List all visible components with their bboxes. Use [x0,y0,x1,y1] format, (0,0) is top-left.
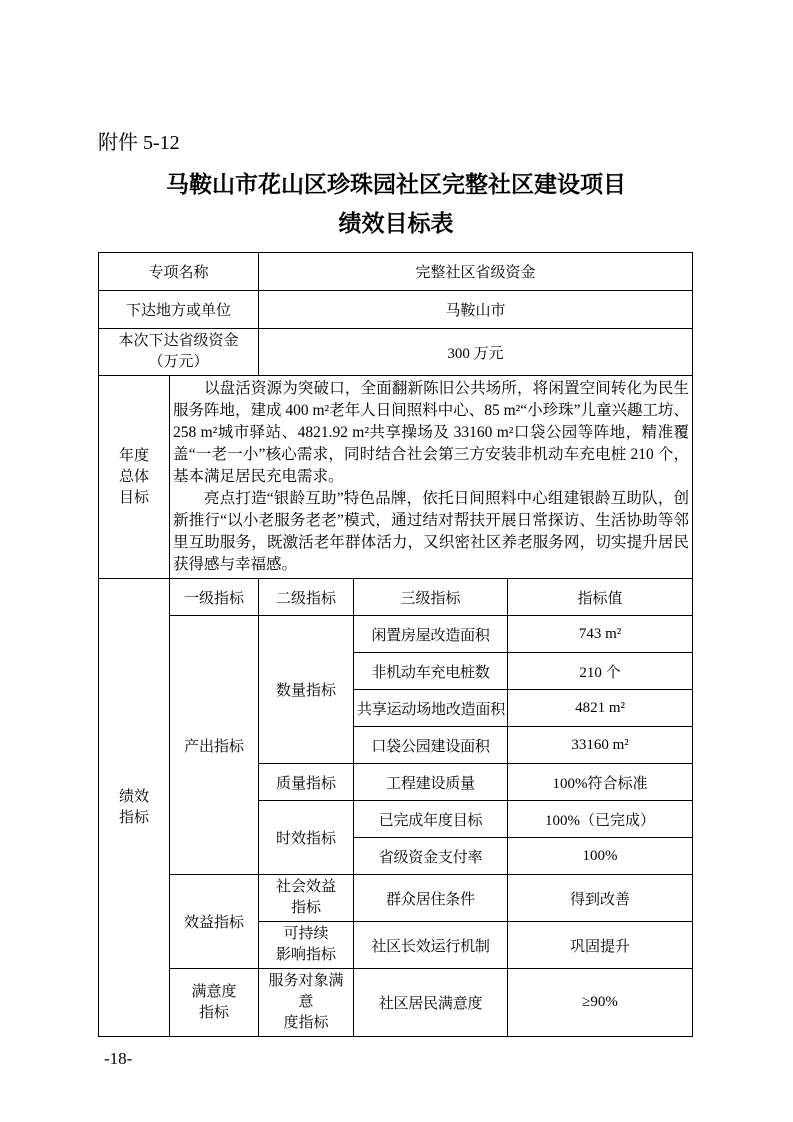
info-label-issued-to: 下达地方或单位 [99,291,259,329]
level1-benefit: 效益指标 [170,875,259,969]
level3-annual-goal-completed: 已完成年度目标 [354,801,508,838]
value-resident-satisfaction: ≥90% [508,969,693,1037]
level2-quantity: 数量指标 [259,616,354,764]
indicator-row: 满意度 指标 服务对象满意 度指标 社区居民满意度 ≥90% [99,969,693,1037]
level3-long-term-mechanism: 社区长效运行机制 [354,922,508,969]
level3-charging-piles: 非机动车充电桩数 [354,653,508,690]
info-value-issued-to: 马鞍山市 [259,291,693,329]
info-value-project-name: 完整社区省级资金 [259,253,693,291]
table-row: 下达地方或单位 马鞍山市 [99,291,693,329]
table-row: 专项名称 完整社区省级资金 [99,253,693,291]
value-idle-housing-area: 743 m² [508,616,693,653]
header-level1: 一级指标 [170,579,259,616]
annual-goal-row: 年度 总体 目标 以盘活资源为突破口，全面翻新陈旧公共场所，将闲置空间转化为民生… [99,376,693,579]
annual-goal-paragraph-2: 亮点打造“银龄互助”特色品牌，依托日间照料中心组建银龄互助队，创新推行“以小老服… [173,488,689,576]
table-row: 本次下达省级资金 （万元） 300 万元 [99,329,693,376]
level3-pocket-park-area: 口袋公园建设面积 [354,727,508,764]
performance-target-table: 专项名称 完整社区省级资金 下达地方或单位 马鞍山市 本次下达省级资金 （万元）… [98,252,693,1037]
value-long-term-mechanism: 巩固提升 [508,922,693,969]
indicator-row: 产出指标 数量指标 闲置房屋改造面积 743 m² [99,616,693,653]
value-fund-payment-rate: 100% [508,838,693,875]
document-page: 附件 5-12 马鞍山市花山区珍珠园社区完整社区建设项目 绩效目标表 专项名称 … [0,0,793,1122]
attachment-label: 附件 5-12 [98,130,694,156]
value-living-conditions: 得到改善 [508,875,693,922]
indicator-row: 效益指标 社会效益 指标 群众居住条件 得到改善 [99,875,693,922]
value-annual-goal-completed: 100%（已完成） [508,801,693,838]
level1-output: 产出指标 [170,616,259,875]
info-label-funds: 本次下达省级资金 （万元） [99,329,259,376]
indicator-header-row: 绩效 指标 一级指标 二级指标 三级指标 指标值 [99,579,693,616]
header-level3: 三级指标 [354,579,508,616]
level3-resident-satisfaction: 社区居民满意度 [354,969,508,1037]
value-pocket-park-area: 33160 m² [508,727,693,764]
level2-sustainable-impact: 可持续 影响指标 [259,922,354,969]
level2-quality: 质量指标 [259,764,354,801]
level2-social-benefit: 社会效益 指标 [259,875,354,922]
header-level2: 二级指标 [259,579,354,616]
value-sports-ground-area: 4821 m² [508,690,693,727]
annual-goal-content: 以盘活资源为突破口，全面翻新陈旧公共场所，将闲置空间转化为民生服务阵地，建成 4… [170,376,693,579]
value-construction-quality: 100%符合标准 [508,764,693,801]
annual-goal-label: 年度 总体 目标 [99,376,170,579]
level1-satisfaction: 满意度 指标 [170,969,259,1037]
header-value: 指标值 [508,579,693,616]
level2-timeliness: 时效指标 [259,801,354,875]
value-charging-piles: 210 个 [508,653,693,690]
level3-living-conditions: 群众居住条件 [354,875,508,922]
document-title-line2: 绩效目标表 [98,209,694,239]
level3-idle-housing-area: 闲置房屋改造面积 [354,616,508,653]
info-label-project-name: 专项名称 [99,253,259,291]
document-title-line1: 马鞍山市花山区珍珠园社区完整社区建设项目 [98,170,694,200]
level3-sports-ground-area: 共享运动场地改造面积 [354,690,508,727]
annual-goal-paragraph-1: 以盘活资源为突破口，全面翻新陈旧公共场所，将闲置空间转化为民生服务阵地，建成 4… [173,378,689,488]
indicators-section-label: 绩效 指标 [99,579,170,1037]
level2-service-target-satisfaction: 服务对象满意 度指标 [259,969,354,1037]
page-number: -18- [104,1049,694,1069]
level3-fund-payment-rate: 省级资金支付率 [354,838,508,875]
info-value-funds: 300 万元 [259,329,693,376]
level3-construction-quality: 工程建设质量 [354,764,508,801]
